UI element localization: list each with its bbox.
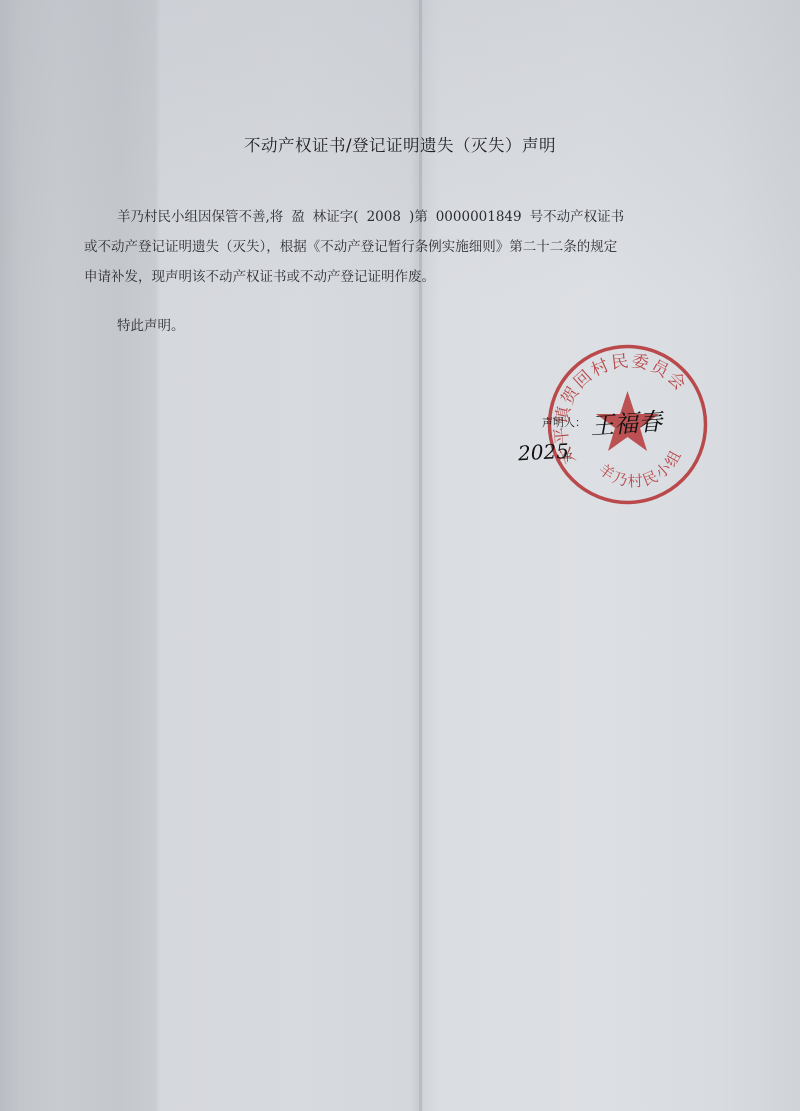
date-year-label: 年 [562,449,572,464]
cert-prefix: 盈 [291,209,305,225]
cert-type: 林证字( [313,209,359,225]
cert-number: 0000001849 [436,209,522,225]
document-title: 不动产权证书/登记证明遗失（灭失）声明 [0,132,800,156]
body-line-1-suffix: 号不动产权证书 [530,209,625,225]
paper-fold-line [419,0,422,1111]
body-line-2: 或不动产登记证明遗失（灭失），根据《不动产登记暂行条例实施细则》第二十二条的规定 [84,232,724,262]
closing-statement: 特此声明。 [117,314,185,334]
declaration-body: 羊乃村民小组因保管不善,将盈林证字(2008)第0000001849号不动产权证… [84,202,724,292]
declarant-signature: 王福春 [589,402,663,442]
body-line-1: 羊乃村民小组因保管不善,将盈林证字(2008)第0000001849号不动产权证… [84,202,724,232]
declarant-label: 声明人： [542,414,586,430]
cert-year-suffix: )第 [409,209,428,225]
body-line-1-prefix: 羊乃村民小组因保管不善,将 [117,209,283,225]
cert-year: 2008 [367,209,401,225]
svg-text:羊乃村民小组: 羊乃村民小组 [595,446,685,491]
seal-inner-text: 羊乃村民小组 [595,446,685,491]
scanned-page: 不动产权证书/登记证明遗失（灭失）声明 羊乃村民小组因保管不善,将盈林证字(20… [0,0,800,1111]
body-line-3: 申请补发，现声明该不动产权证书或不动产登记证明作废。 [84,262,724,292]
